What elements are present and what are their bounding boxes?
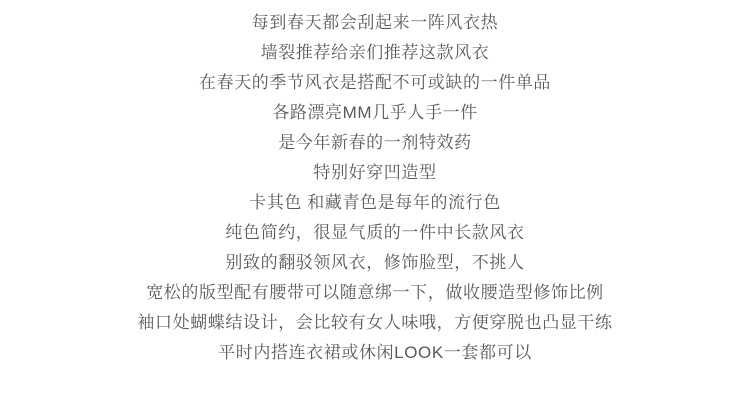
description-line-8: 纯色简约，很显气质的一件中长款风衣 bbox=[0, 218, 750, 248]
description-line-4: 各路漂亮MM几乎人手一件 bbox=[0, 98, 750, 128]
description-line-10: 宽松的版型配有腰带可以随意绑一下，做收腰造型修饰比例 bbox=[0, 278, 750, 308]
description-line-2: 墙裂推荐给亲们推荐这款风衣 bbox=[0, 38, 750, 68]
description-line-11: 袖口处蝴蝶结设计，会比较有女人味哦，方便穿脱也凸显干练 bbox=[0, 308, 750, 338]
description-line-3: 在春天的季节风衣是搭配不可或缺的一件单品 bbox=[0, 68, 750, 98]
description-line-5: 是今年新春的一剂特效药 bbox=[0, 128, 750, 158]
description-line-1: 每到春天都会刮起来一阵风衣热 bbox=[0, 8, 750, 38]
description-line-7: 卡其色 和藏青色是每年的流行色 bbox=[0, 188, 750, 218]
description-line-9: 别致的翻驳领风衣，修饰脸型，不挑人 bbox=[0, 248, 750, 278]
product-description: 每到春天都会刮起来一阵风衣热 墙裂推荐给亲们推荐这款风衣 在春天的季节风衣是搭配… bbox=[0, 0, 750, 368]
description-line-12: 平时内搭连衣裙或休闲LOOK一套都可以 bbox=[0, 338, 750, 368]
description-line-6: 特别好穿凹造型 bbox=[0, 158, 750, 188]
